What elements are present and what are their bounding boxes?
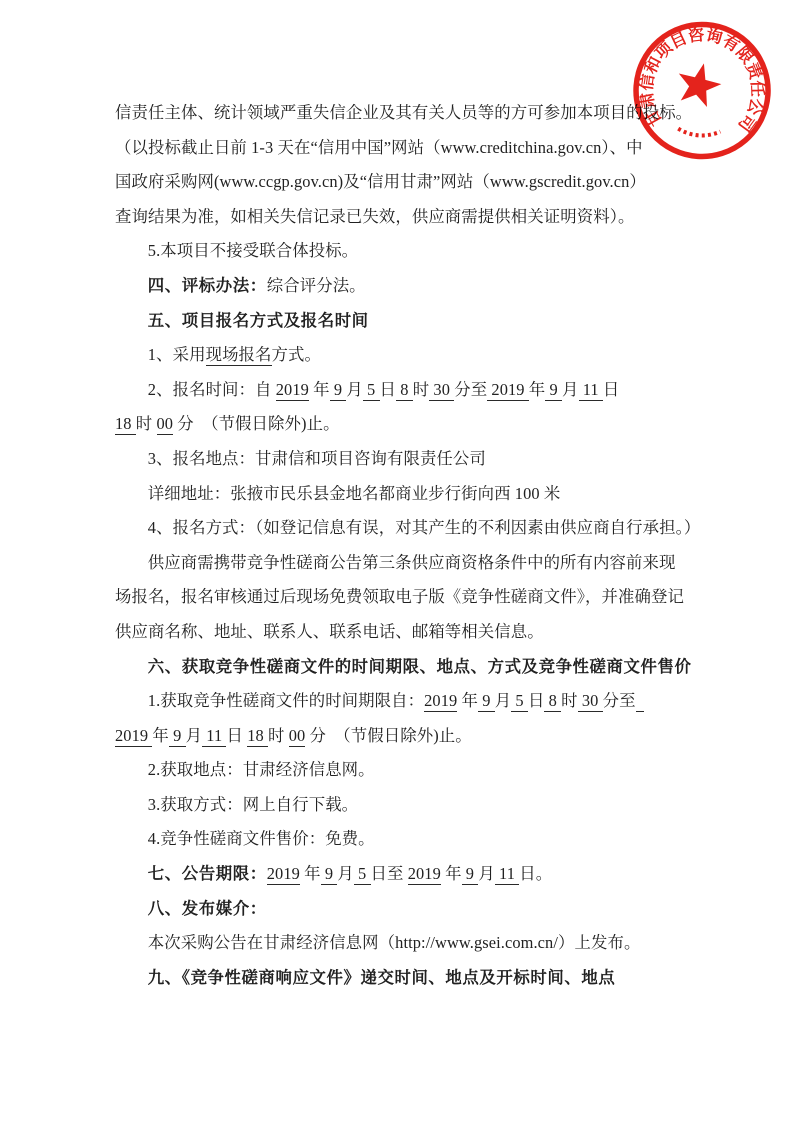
underlined-value: 5	[511, 691, 528, 712]
body-text: 分至	[603, 691, 636, 710]
document-line: 国政府采购网(www.ccgp.gov.cn)及“信用甘肃”网站（www.gsc…	[115, 165, 687, 200]
body-text: 4、报名方式：（如登记信息有误，对其产生的不利因素由供应商自行承担。）	[148, 518, 701, 537]
underlined-value: 2019	[424, 691, 457, 712]
section-heading-text: 六、获取竞争性磋商文件的时间期限、地点、方式及竞争性磋商文件售价	[148, 658, 692, 676]
underlined-value: 8	[544, 691, 561, 712]
underlined-value: 9	[462, 864, 479, 885]
body-text: 方式。	[272, 345, 321, 364]
body-text: 时	[136, 414, 157, 433]
document-line: 2.获取地点：甘肃经济信息网。	[115, 753, 687, 788]
underlined-value: 9	[321, 864, 338, 885]
body-text: （以投标截止日前 1-3 天在“信用中国”网站（www.creditchina.…	[115, 138, 643, 157]
section-heading-text: 四、评标办法：	[148, 277, 267, 295]
body-text: 供应商名称、地址、联系人、联系电话、邮箱等相关信息。	[115, 622, 544, 641]
body-text: 1.获取竞争性磋商文件的时间期限自：	[148, 691, 424, 710]
document-line: 本次采购公告在甘肃经济信息网（http://www.gsei.com.cn/）上…	[115, 926, 687, 961]
body-text: 日	[528, 691, 545, 710]
document-line: 5.本项目不接受联合体投标。	[115, 234, 687, 269]
body-text: 时	[561, 691, 578, 710]
body-text: 场报名，报名审核通过后现场免费领取电子版《竞争性磋商文件》，并准确登记	[115, 587, 684, 606]
section-heading-text: 七、公告期限：	[148, 865, 267, 883]
document-line: 3、报名地点：甘肃信和项目咨询有限责任公司	[115, 442, 687, 477]
document-line: 五、项目报名方式及报名时间	[115, 304, 687, 339]
document-line: 九、《竞争性磋商响应文件》递交时间、地点及开标时间、地点	[115, 961, 687, 996]
document-line: 4、报名方式：（如登记信息有误，对其产生的不利因素由供应商自行承担。）	[115, 511, 687, 546]
document-line: 七、公告期限：2019 年 9 月 5 日至 2019 年 9 月 11 日。	[115, 857, 687, 892]
underlined-value: 18	[247, 726, 268, 747]
body-text: 月	[562, 380, 579, 399]
underlined-value: 9	[478, 691, 495, 712]
document-line: （以投标截止日前 1-3 天在“信用中国”网站（www.creditchina.…	[115, 131, 687, 166]
underlined-value: 30	[429, 380, 454, 401]
body-text: 分 （节假日除外)止。	[173, 414, 339, 433]
body-text: 月	[337, 864, 354, 883]
star-icon	[673, 58, 726, 109]
body-text: 2、报名时间：自	[148, 380, 276, 399]
body-text: 日至	[371, 864, 408, 883]
body-text: 2.获取地点：甘肃经济信息网。	[148, 760, 375, 779]
underlined-value: 2019	[115, 726, 152, 747]
document-line: 查询结果为准，如相关失信记录已失效，供应商需提供相关证明资料）。	[115, 200, 687, 235]
body-text: 1、采用	[148, 345, 206, 364]
body-text: 3、报名地点：甘肃信和项目咨询有限责任公司	[148, 449, 486, 468]
underlined-value: 00	[289, 726, 306, 747]
underlined-value: 30	[578, 691, 603, 712]
body-text: 日	[380, 380, 397, 399]
document-line: 1.获取竞争性磋商文件的时间期限自：2019 年 9 月 5 日 8 时 30 …	[115, 684, 687, 719]
body-text: 年	[441, 864, 462, 883]
body-text: 3.获取方式：网上自行下载。	[148, 795, 358, 814]
body-text: 月	[346, 380, 363, 399]
body-text: 国政府采购网(www.ccgp.gov.cn)及“信用甘肃”网站（www.gsc…	[115, 172, 646, 191]
underlined-value: 9	[330, 380, 347, 401]
underlined-value: 8	[396, 380, 413, 401]
body-text: 月	[495, 691, 512, 710]
underlined-value: 5	[363, 380, 380, 401]
underlined-value: 2019	[408, 864, 441, 885]
body-text: 日。	[519, 864, 552, 883]
body-text: 信责任主体、统计领域严重失信企业及其有关人员等的方可参加本项目的投标。	[115, 103, 692, 122]
body-text: 本次采购公告在甘肃经济信息网（http://www.gsei.com.cn/）上…	[148, 933, 641, 952]
document-line: 详细地址：张掖市民乐县金地名都商业步行街向西 100 米	[115, 477, 687, 512]
document-line: 场报名，报名审核通过后现场免费领取电子版《竞争性磋商文件》，并准确登记	[115, 580, 687, 615]
document-line: 2、报名时间：自 2019 年 9 月 5 日 8 时 30 分至 2019 年…	[115, 373, 687, 408]
document-line: 信责任主体、统计领域严重失信企业及其有关人员等的方可参加本项目的投标。	[115, 96, 687, 131]
body-text: 年	[300, 864, 321, 883]
seal-serial-marks	[678, 129, 720, 137]
body-text: 4.竞争性磋商文件售价：免费。	[148, 829, 375, 848]
document-line: 四、评标办法：综合评分法。	[115, 269, 687, 304]
underlined-value: 9	[545, 380, 562, 401]
body-text: 综合评分法。	[267, 276, 366, 295]
document-line: 18 时 00 分 （节假日除外)止。	[115, 407, 687, 442]
body-text: 时	[268, 726, 289, 745]
body-text: 分 （节假日除外)止。	[305, 726, 471, 745]
body-text: 分至	[454, 380, 487, 399]
body-text: 供应商需携带竞争性磋商公告第三条供应商资格条件中的所有内容前来现	[148, 553, 676, 572]
company-seal: 甘肃信和项目咨询有限责任公司	[627, 13, 777, 168]
document-line: 1、采用现场报名方式。	[115, 338, 687, 373]
section-heading-text: 八、发布媒介：	[148, 900, 267, 918]
body-text: 月	[478, 864, 495, 883]
body-text: 年	[309, 380, 330, 399]
body-text: 年	[457, 691, 478, 710]
document-line: 六、获取竞争性磋商文件的时间期限、地点、方式及竞争性磋商文件售价	[115, 650, 687, 685]
document-line: 3.获取方式：网上自行下载。	[115, 788, 687, 823]
underlined-value: 11	[579, 380, 603, 401]
body-text: 月	[186, 726, 203, 745]
body-text: 5.本项目不接受联合体投标。	[148, 241, 358, 260]
body-text: 日	[226, 726, 247, 745]
document-line: 八、发布媒介：	[115, 892, 687, 927]
underlined-value: 11	[202, 726, 226, 747]
section-heading-text: 九、《竞争性磋商响应文件》递交时间、地点及开标时间、地点	[148, 969, 616, 987]
document-line: 供应商名称、地址、联系人、联系电话、邮箱等相关信息。	[115, 615, 687, 650]
body-text: 日	[603, 380, 620, 399]
underlined-value: 00	[157, 414, 174, 435]
document-line: 供应商需携带竞争性磋商公告第三条供应商资格条件中的所有内容前来现	[115, 546, 687, 581]
underlined-value: 2019	[267, 864, 300, 885]
underlined-value: 现场报名	[206, 345, 272, 366]
underlined-value: 18	[115, 414, 136, 435]
underlined-value: 2019	[487, 380, 529, 401]
section-heading-text: 五、项目报名方式及报名时间	[148, 312, 369, 330]
body-text: 详细地址：张掖市民乐县金地名都商业步行街向西 100 米	[148, 484, 561, 503]
underlined-value: 11	[495, 864, 519, 885]
body-text: 查询结果为准，如相关失信记录已失效，供应商需提供相关证明资料）。	[115, 207, 635, 226]
body-text: 年	[152, 726, 169, 745]
document-body: 信责任主体、统计领域严重失信企业及其有关人员等的方可参加本项目的投标。（以投标截…	[115, 96, 687, 995]
underlined-value: 5	[354, 864, 371, 885]
underlined-value	[636, 691, 644, 712]
document-line: 4.竞争性磋商文件售价：免费。	[115, 822, 687, 857]
body-text: 时	[413, 380, 430, 399]
underlined-value: 2019	[276, 380, 309, 401]
document-line: 2019 年 9 月 11 日 18 时 00 分 （节假日除外)止。	[115, 719, 687, 754]
underlined-value: 9	[169, 726, 186, 747]
document-page: 信责任主体、统计领域严重失信企业及其有关人员等的方可参加本项目的投标。（以投标截…	[0, 0, 793, 1122]
body-text: 年	[529, 380, 546, 399]
